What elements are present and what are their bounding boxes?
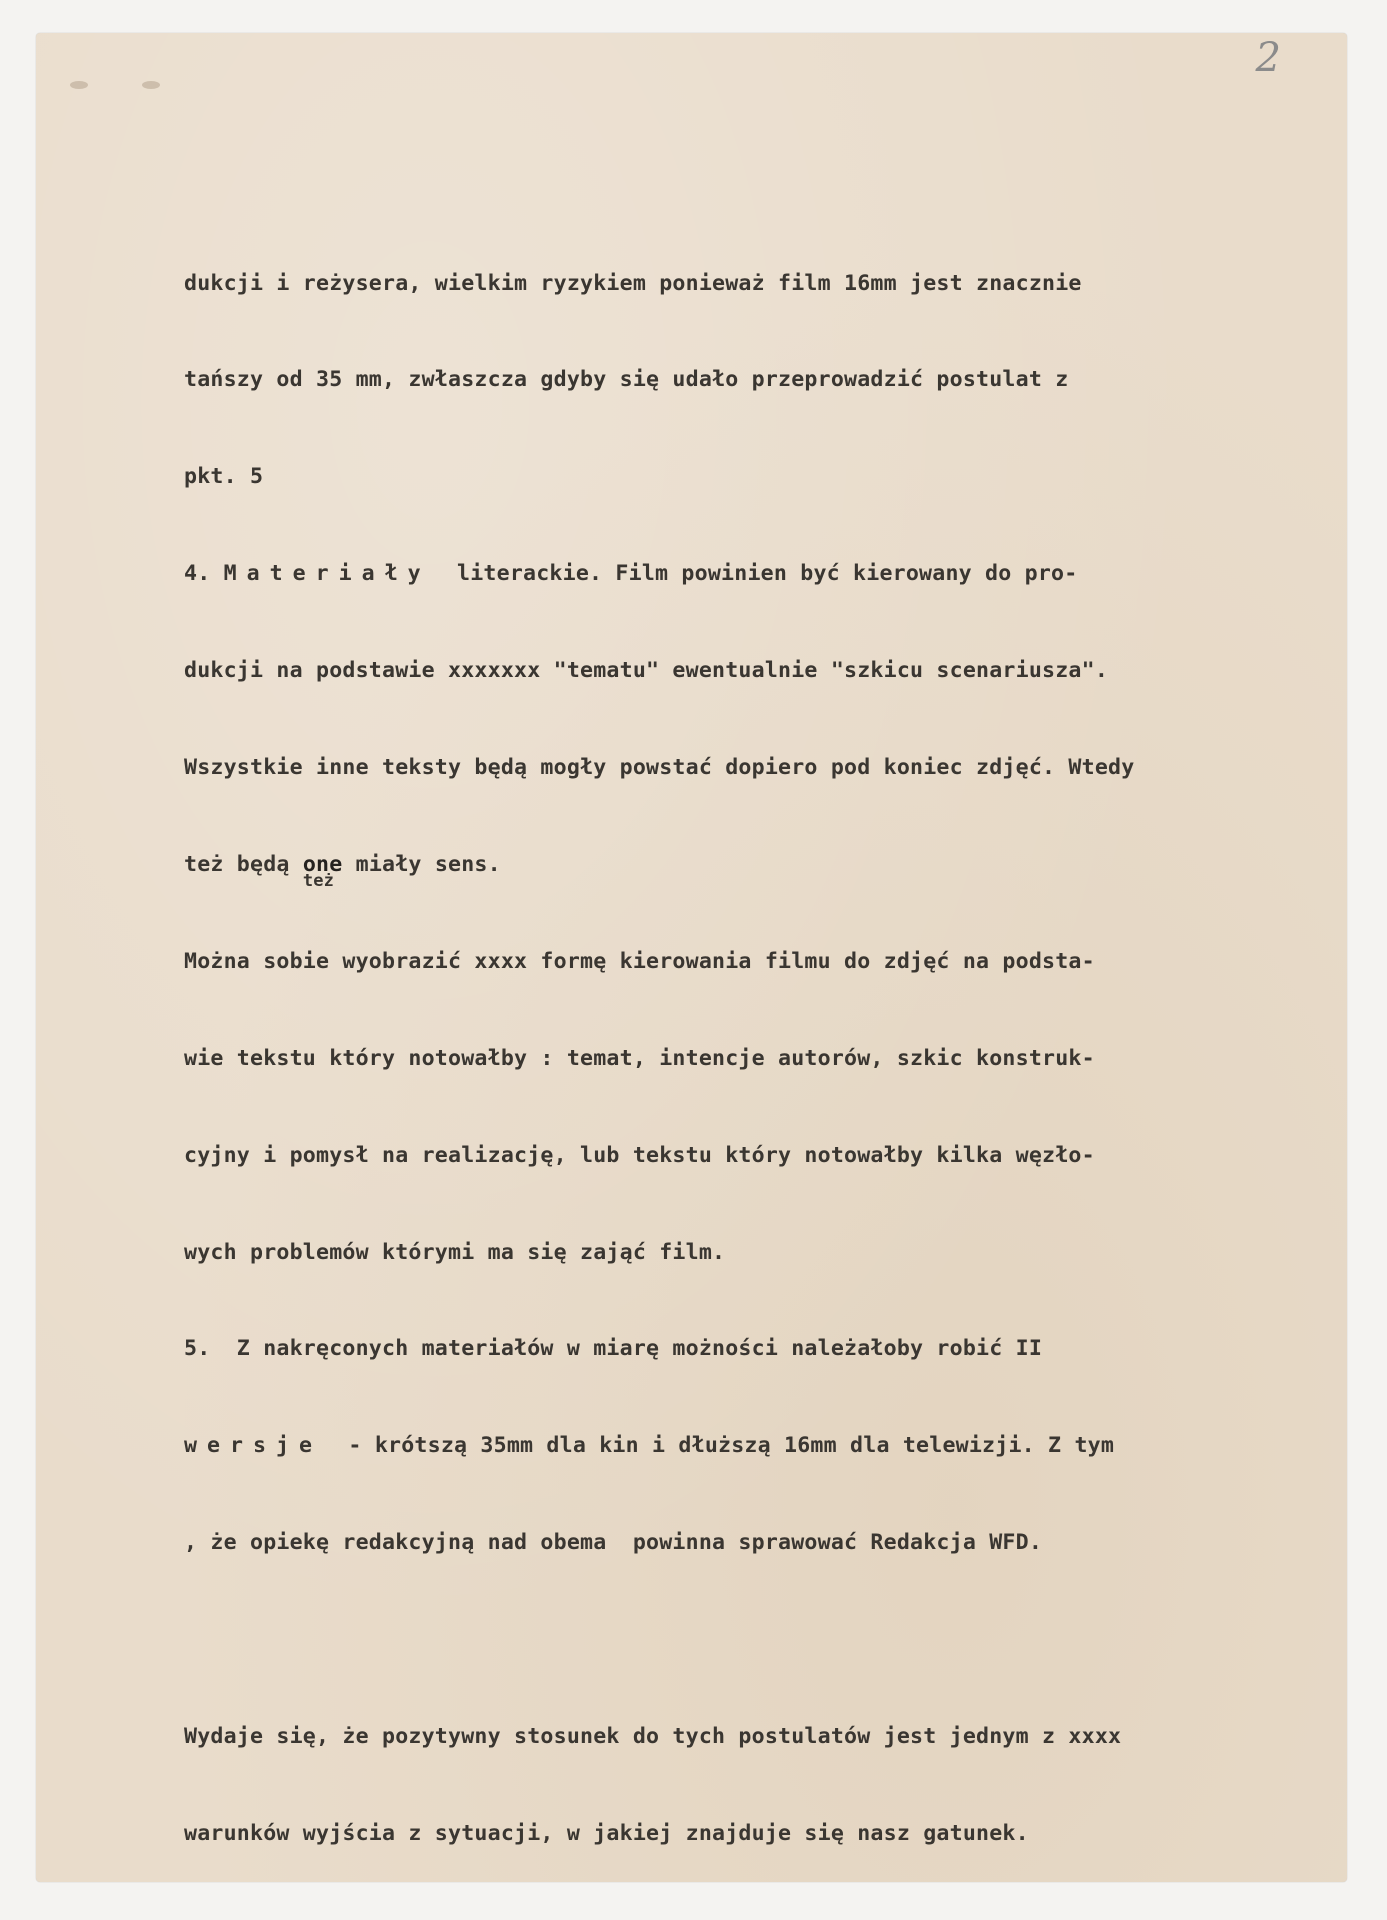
- typewritten-body: dukcji i reżysera, wielkim ryzykiem poni…: [184, 203, 1364, 1915]
- text-line-section-5: 5. Z nakręconych materiałów w miarę możn…: [184, 1333, 1364, 1365]
- page-number: 2: [1256, 35, 1281, 81]
- blank-line: [184, 1624, 1364, 1656]
- text-line: wersje - krótszą 35mm dla kin i dłuższą …: [184, 1430, 1364, 1462]
- text-line: Wszystkie inne teksty będą mogły powstać…: [184, 752, 1364, 784]
- text-line-with-correction: też będą oneteż miały sens.: [184, 849, 1364, 881]
- section-text: literackie. Film powinien być kierowany …: [431, 561, 1078, 586]
- section-number: 4.: [184, 561, 224, 586]
- line-text: miały sens.: [342, 852, 500, 877]
- text-line: Można sobie wyobrazić xxxx formę kierowa…: [184, 946, 1364, 978]
- document-page: 2 dukcji i reżysera, wielkim ryzykiem po…: [36, 33, 1347, 1882]
- punch-hole-mark: [70, 81, 88, 89]
- text-line: Wydaje się, że pozytywny stosunek do tyc…: [184, 1721, 1364, 1753]
- text-line: pkt. 5: [184, 461, 1364, 493]
- correction: oneteż: [303, 852, 343, 877]
- text-line: cyjny i pomysł na realizację, lub tekstu…: [184, 1140, 1364, 1172]
- text-line: dukcji i reżysera, wielkim ryzykiem poni…: [184, 268, 1364, 300]
- text-line: , że opiekę redakcyjną nad obema powinna…: [184, 1527, 1364, 1559]
- text-line-section-4: 4. Materiały literackie. Film powinien b…: [184, 558, 1364, 590]
- text-line: warunków wyjścia z sytuacji, w jakiej zn…: [184, 1818, 1364, 1850]
- text-line: tańszy od 35 mm, zwłaszcza gdyby się uda…: [184, 364, 1364, 396]
- text-line: dukcji na podstawie xxxxxxx "tematu" ewe…: [184, 655, 1364, 687]
- line-text: - krótszą 35mm dla kin i dłuższą 16mm dl…: [322, 1433, 1114, 1458]
- inserted-word: też: [303, 865, 334, 897]
- section-heading-spaced: Materiały: [224, 561, 431, 586]
- spaced-word: wersje: [184, 1433, 322, 1458]
- text-line: wie tekstu który notowałby : temat, inte…: [184, 1043, 1364, 1075]
- punch-hole-mark: [142, 81, 160, 89]
- text-line: wych problemów którymi ma się zająć film…: [184, 1237, 1364, 1269]
- line-text: też będą: [184, 852, 303, 877]
